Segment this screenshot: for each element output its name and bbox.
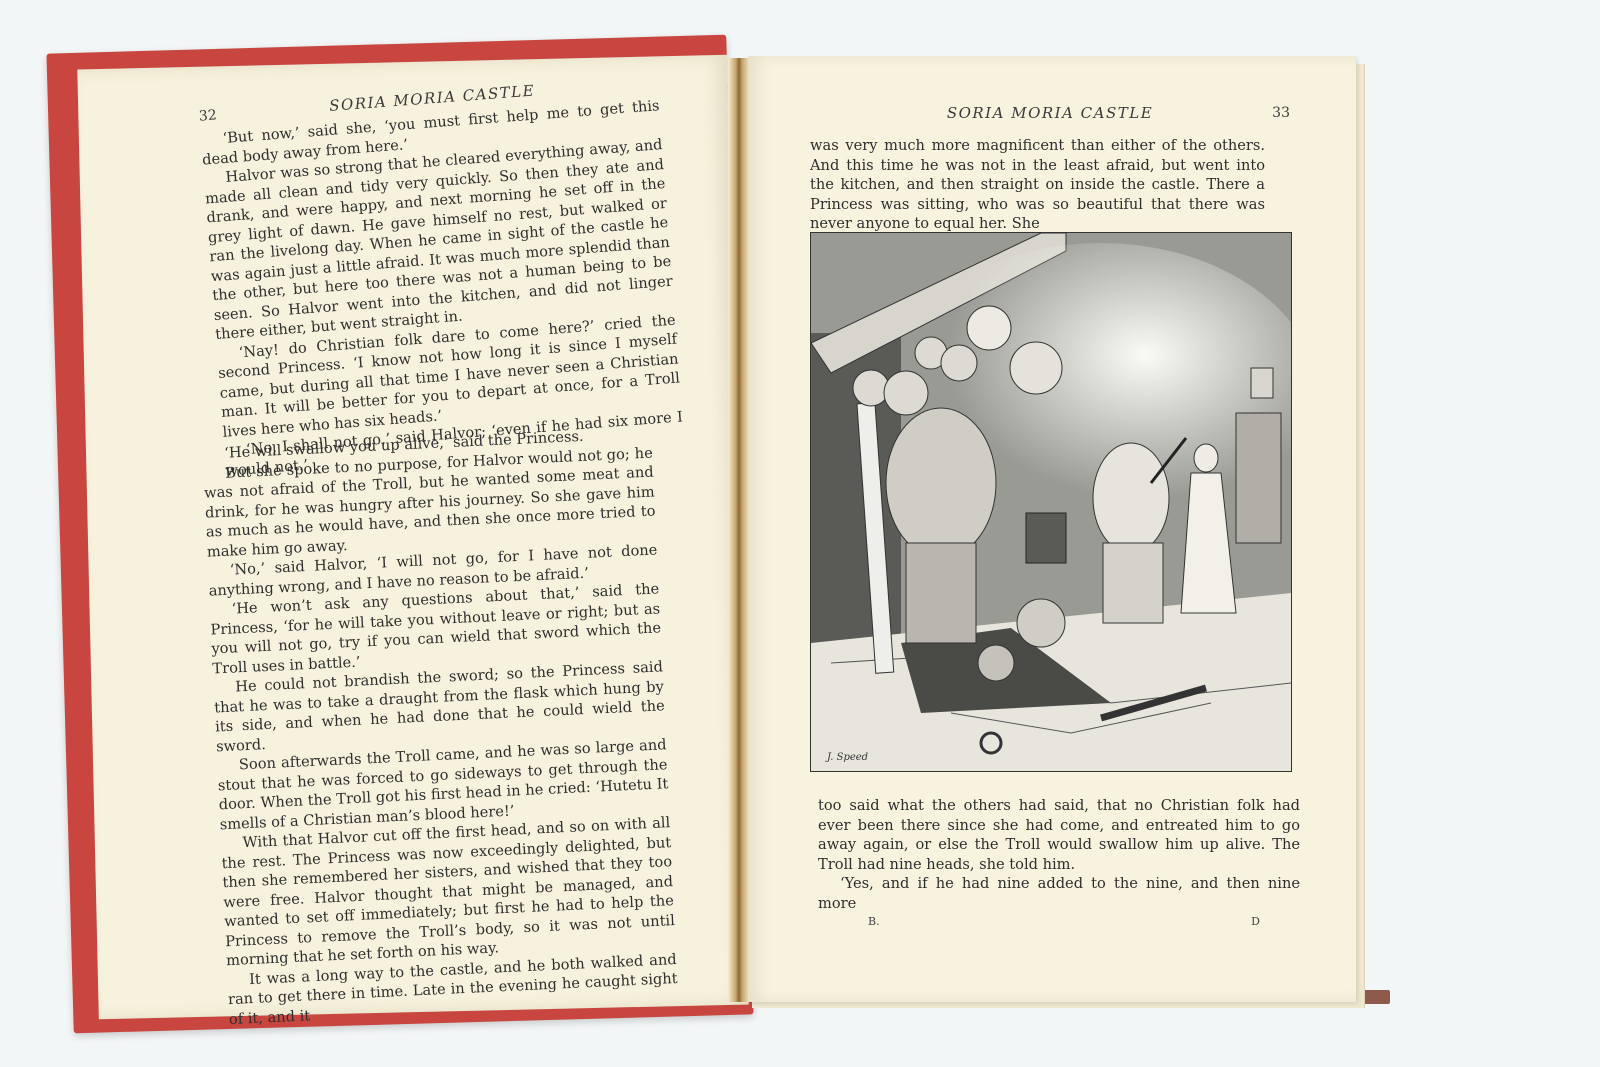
right-paragraph: ‘Yes, and if he had nine added to the ni…	[818, 874, 1300, 913]
illustration-troll-scene: J. Speed	[810, 232, 1292, 772]
left-paragraph: Halvor was so strong that he cleared eve…	[203, 135, 675, 344]
signature-mark-right: D	[1251, 915, 1260, 928]
right-paragraph: was very much more magnificent than eith…	[810, 136, 1265, 234]
right-running-head: SORIA MORIA CASTLE	[930, 104, 1170, 122]
left-paragraph: With that Halvor cut off the first head,…	[220, 813, 676, 971]
left-page-number: 32	[198, 107, 217, 124]
right-paragraph: too said what the others had said, that …	[818, 796, 1300, 874]
artist-signature: J. Speed	[827, 752, 868, 763]
engraving-image	[811, 233, 1291, 771]
left-page: 32 SORIA MORIA CASTLE ‘But now,’ said sh…	[77, 55, 748, 1020]
right-page-number: 33	[1170, 105, 1290, 121]
right-page: SORIA MORIA CASTLE 33 was very much more…	[748, 56, 1356, 1002]
book-spine	[728, 58, 750, 1002]
signature-mark-left: B.	[868, 915, 880, 928]
